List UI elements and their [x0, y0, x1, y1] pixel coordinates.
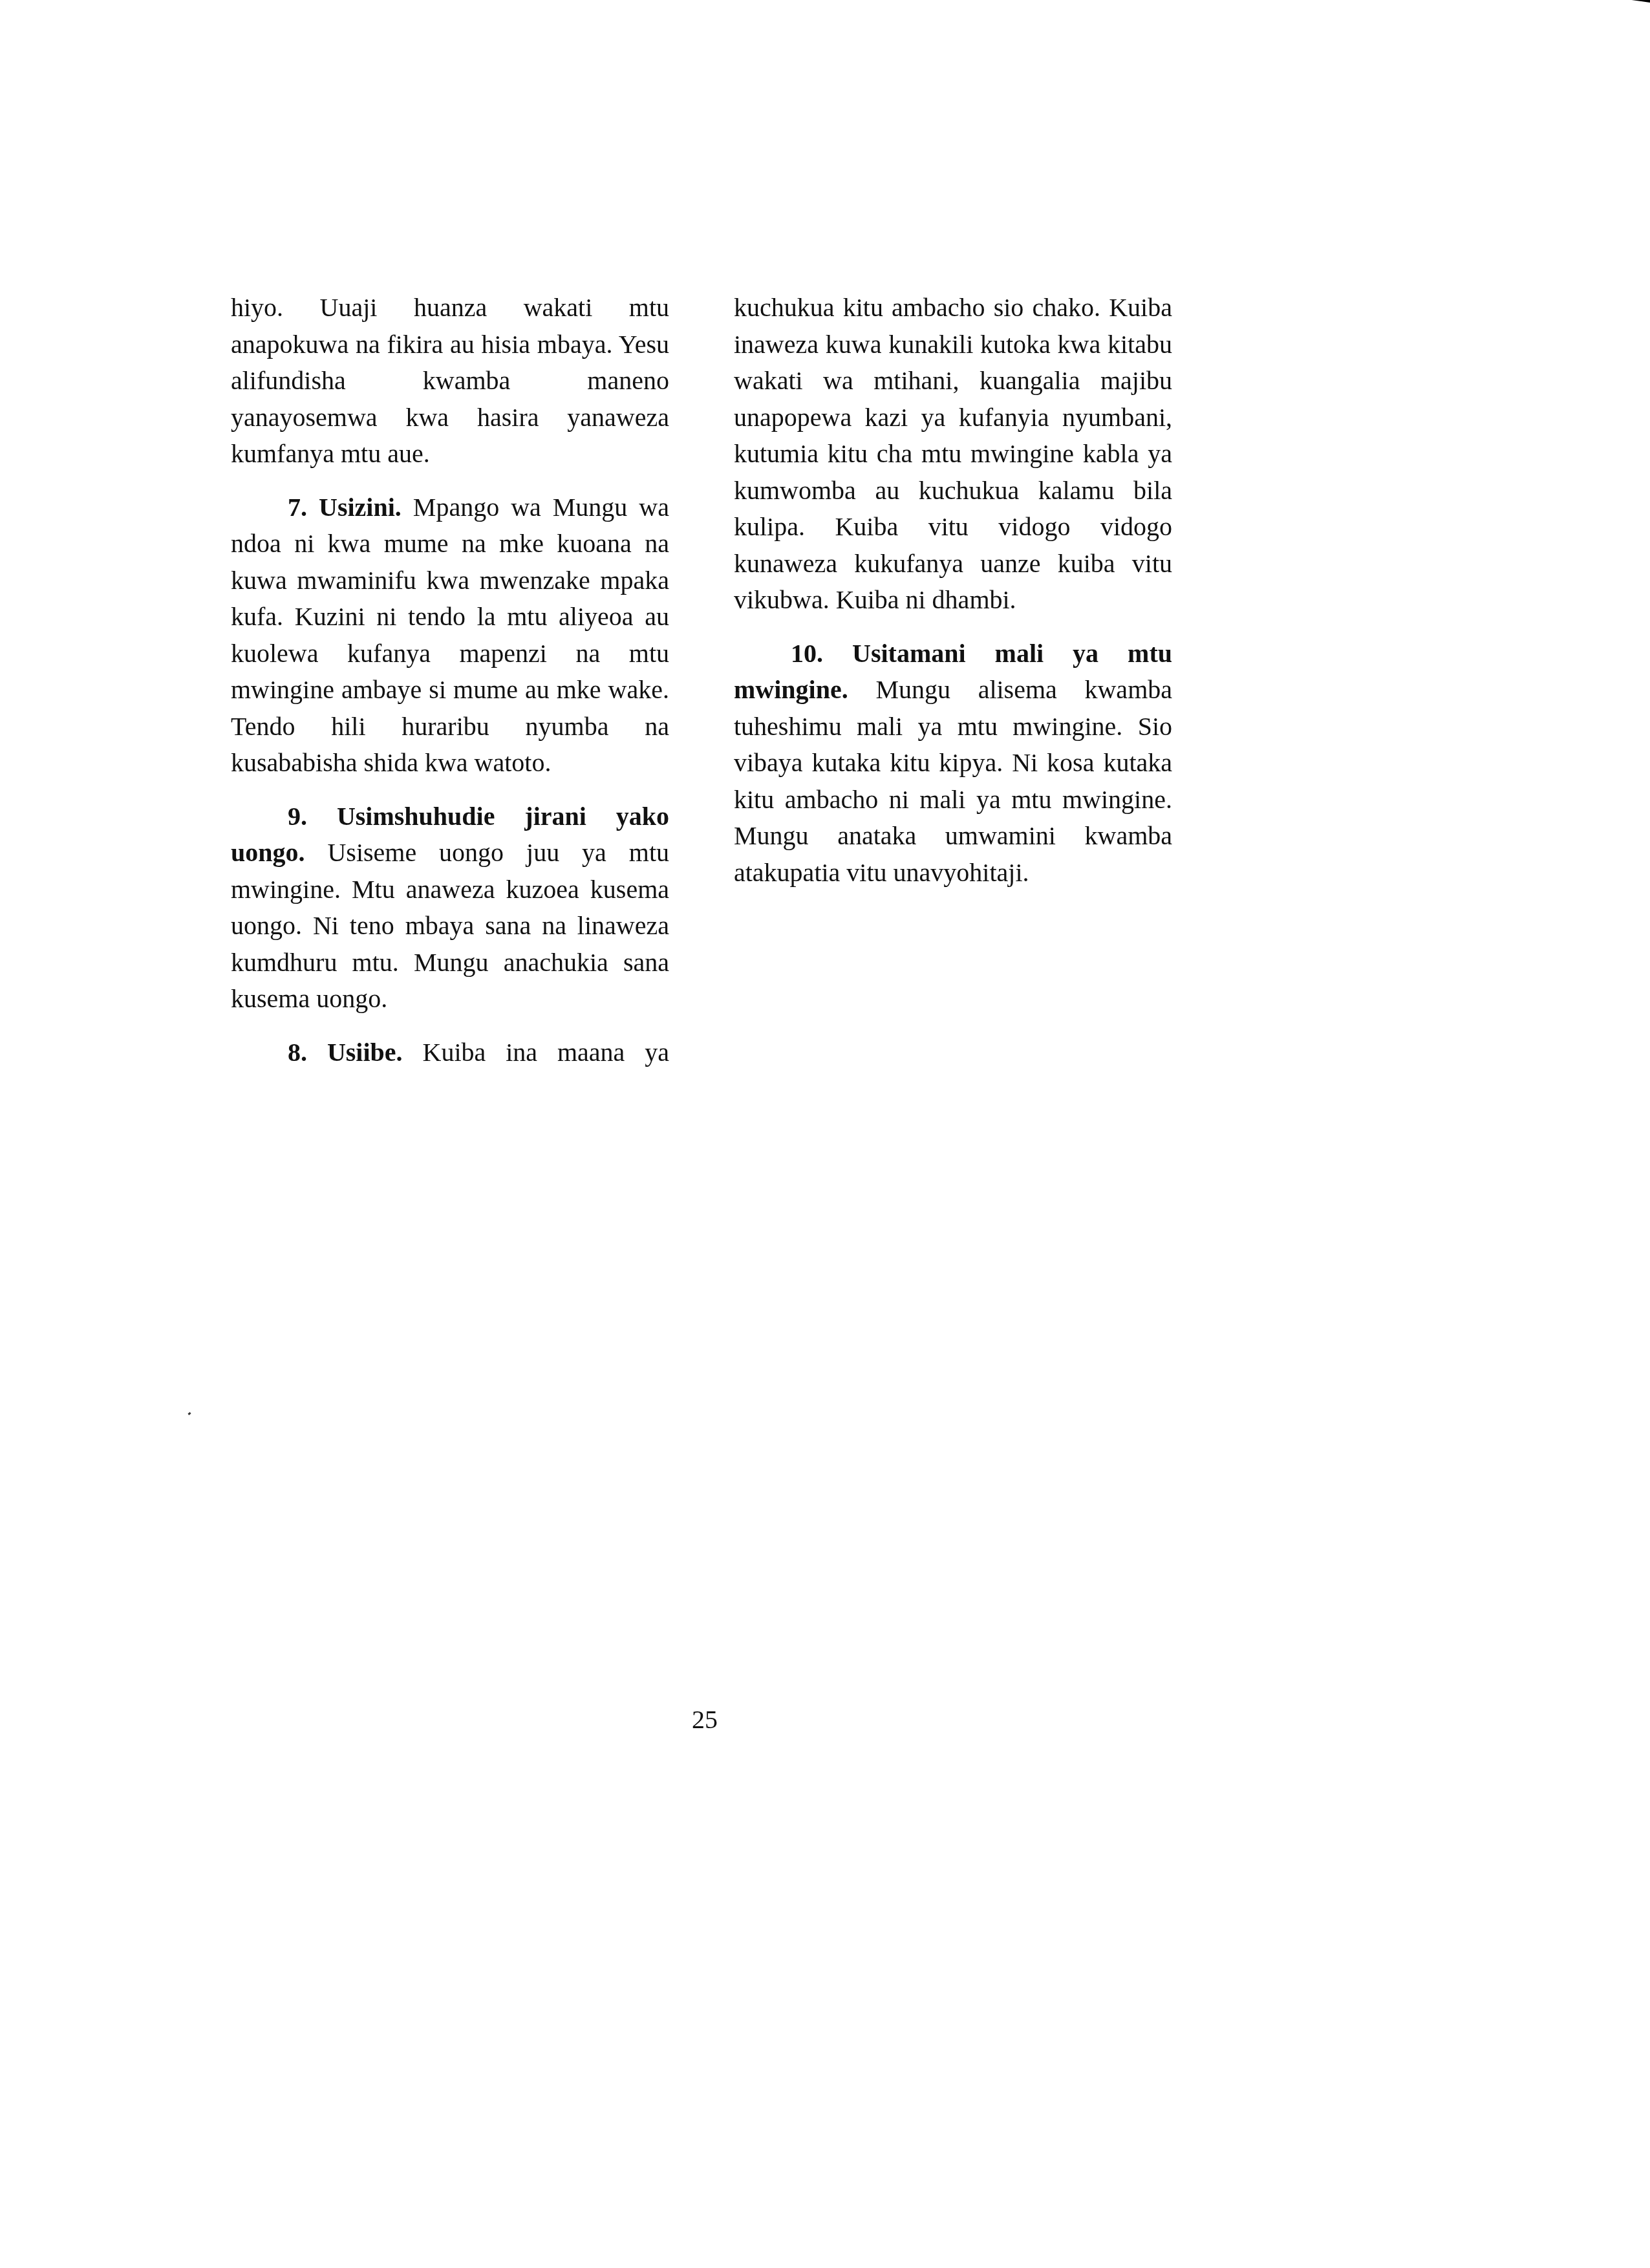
page-number: 25	[685, 1704, 724, 1735]
paragraph-commandment-10: 10. Usitamani mali ya mtu mwingine. Mung…	[734, 636, 1172, 892]
paragraph-text: Mpango wa Mungu wa ndoa ni kwa mume na m…	[231, 493, 669, 778]
left-column: hiyo. Uuaji huanza wakati mtu anapokuwa …	[231, 290, 669, 1087]
scan-corner-mark	[1631, 0, 1650, 8]
paragraph-murder-continued: hiyo. Uuaji huanza wakati mtu anapokuwa …	[231, 290, 669, 473]
paragraph-text: hiyo. Uuaji huanza wakati mtu anapokuwa …	[231, 293, 669, 468]
paragraph-commandment-7: 7. Usizini. Mpango wa Mungu wa ndoa ni k…	[231, 489, 669, 782]
paragraph-text: Kuiba ina maana ya	[403, 1038, 669, 1067]
paragraph-heading: 8. Usiibe.	[288, 1038, 403, 1067]
right-column: kuchukua kitu ambacho sio chako. Kuiba i…	[734, 290, 1172, 908]
paragraph-text: kuchukua kitu ambacho sio chako. Kuiba i…	[734, 293, 1172, 614]
paragraph-heading: 7. Usizini.	[288, 493, 402, 522]
paragraph-text: Mungu alisema kwamba tuheshimu mali ya m…	[734, 675, 1172, 887]
scan-speck	[188, 1412, 191, 1415]
paragraph-commandment-8-continued: kuchukua kitu ambacho sio chako. Kuiba i…	[734, 290, 1172, 619]
paragraph-commandment-9: 9. Usimshuhudie jirani yako uongo. Usise…	[231, 798, 669, 1018]
paragraph-commandment-8: 8. Usiibe. Kuiba ina maana ya	[231, 1034, 669, 1071]
